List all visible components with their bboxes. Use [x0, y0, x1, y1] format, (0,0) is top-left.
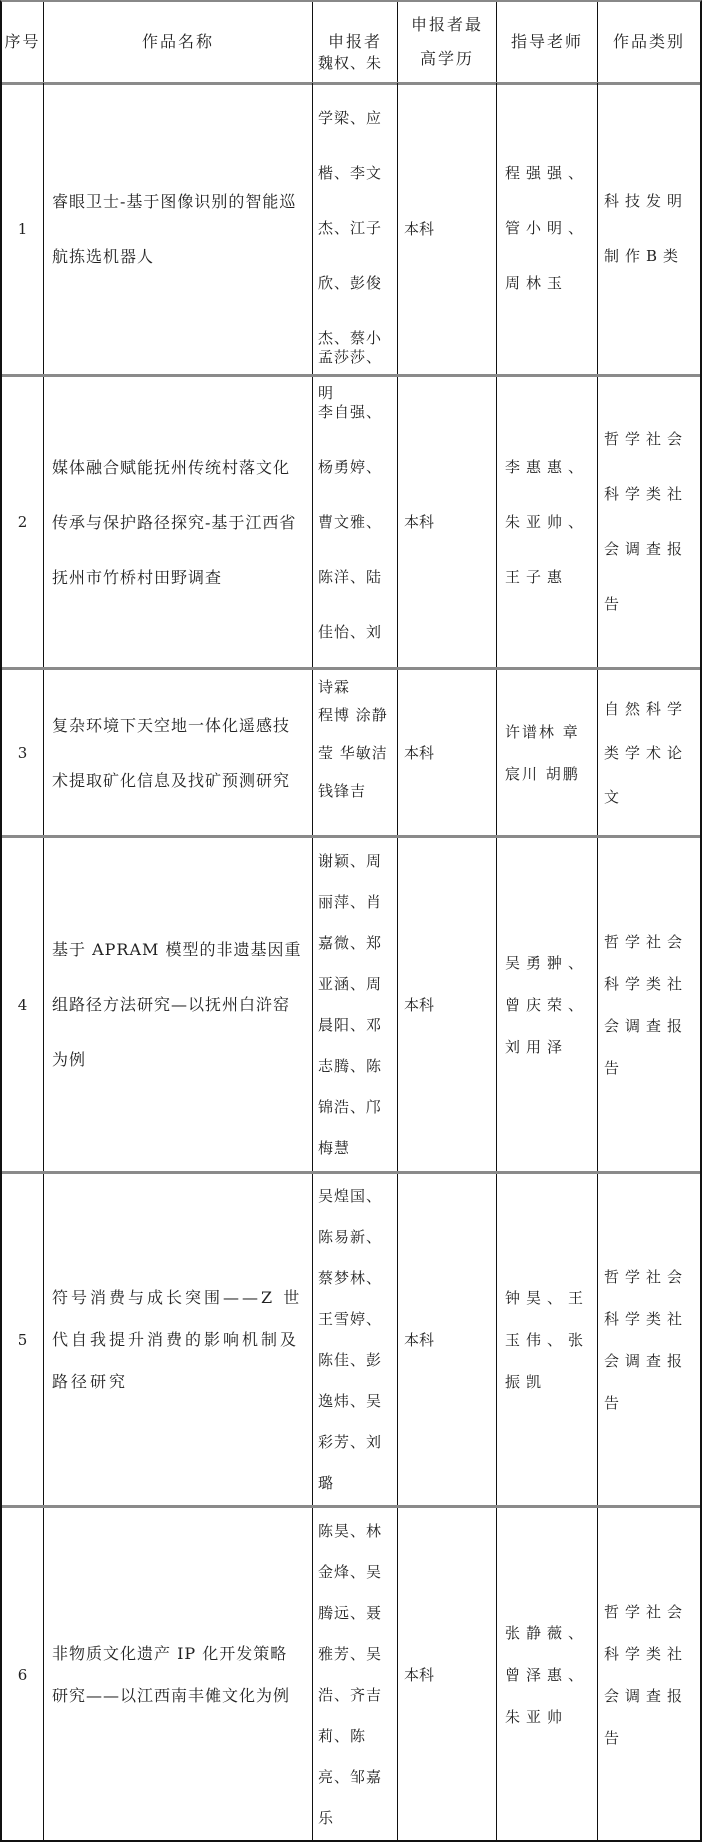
row-degree: 本科: [398, 838, 497, 1171]
row-title: 复杂环境下天空地一体化遥感技术提取矿化信息及找矿预测研究: [44, 670, 313, 835]
header-category: 作品类别: [598, 2, 700, 82]
row-applicants: 陈昊、林金烽、吴腾远、聂雅芳、吴浩、齐吉莉、陈亮、邹嘉乐: [313, 1508, 398, 1842]
row-index: 1: [2, 83, 44, 374]
row-index: 2: [2, 377, 44, 667]
row-category: 哲学社会科学类社会调查报告: [598, 1174, 700, 1505]
row-applicants: 谢颖、周丽萍、肖嘉微、郑亚涵、周晨阳、邓志腾、陈锦浩、邝梅慧: [313, 838, 398, 1171]
table-row: 6 非物质文化遗产 IP 化开发策略研究——以江西南丰傩文化为例 陈昊、林金烽、…: [2, 1508, 700, 1842]
table-row: 5 符号消费与成长突围——Z 世代自我提升消费的影响机制及路径研究 吴煌国、陈易…: [2, 1174, 700, 1508]
row-degree: 本科: [398, 377, 497, 667]
title-text: 复杂环境下天空地一体化遥感技术提取矿化信息及找矿预测研究: [52, 698, 304, 808]
row-applicants: 孟莎莎、李自强、杨勇婷、曹文雅、陈洋、陆佳怡、刘诗霖: [313, 377, 398, 667]
table-row: 4 基于 APRAM 模型的非遗基因重组路径方法研究—以抚州白浒窑为例 谢颖、周…: [2, 838, 700, 1174]
row-index: 4: [2, 838, 44, 1171]
title-text: 基于 APRAM 模型的非遗基因重组路径方法研究—以抚州白浒窑为例: [52, 922, 304, 1087]
header-title: 作品名称: [44, 2, 313, 82]
row-index: 6: [2, 1508, 44, 1842]
row-title: 媒体融合赋能抚州传统村落文化传承与保护路径探究-基于江西省抚州市竹桥村田野调查: [44, 377, 313, 667]
row-advisors: 钟昊、王玉伟、张振凯: [497, 1174, 598, 1505]
table-row: 2 媒体融合赋能抚州传统村落文化传承与保护路径探究-基于江西省抚州市竹桥村田野调…: [2, 377, 700, 670]
row-index: 5: [2, 1174, 44, 1505]
row-title: 睿眼卫士-基于图像识别的智能巡航拣选机器人: [44, 83, 313, 374]
header-degree: 申报者最高学历: [398, 2, 497, 82]
row-category: 哲学社会科学类社会调查报告: [598, 838, 700, 1171]
row-applicants: 吴煌国、陈易新、蔡梦林、王雪婷、陈佳、彭逸炜、吴彩芳、刘璐: [313, 1174, 398, 1505]
row-index: 3: [2, 670, 44, 835]
row-title: 符号消费与成长突围——Z 世代自我提升消费的影响机制及路径研究: [44, 1174, 313, 1505]
row-category: 哲学社会科学类社会调查报告: [598, 377, 700, 667]
title-text: 符号消费与成长突围——Z 世代自我提升消费的影响机制及路径研究: [52, 1277, 304, 1403]
title-text: 媒体融合赋能抚州传统村落文化传承与保护路径探究-基于江西省抚州市竹桥村田野调查: [52, 440, 304, 605]
awards-table: 序号 作品名称 申报者 申报者最高学历 指导老师 作品类别 1 睿眼卫士-基于图…: [0, 0, 702, 1842]
row-advisors: 程强强、管小明、周林玉: [497, 83, 598, 374]
table-row: 3 复杂环境下天空地一体化遥感技术提取矿化信息及找矿预测研究 程博 涂静莹 华敏…: [2, 670, 700, 838]
row-title: 基于 APRAM 模型的非遗基因重组路径方法研究—以抚州白浒窑为例: [44, 838, 313, 1171]
row-advisors: 许谱林 章宸川 胡鹏: [497, 670, 598, 835]
title-text: 非物质文化遗产 IP 化开发策略研究——以江西南丰傩文化为例: [52, 1633, 304, 1717]
row-title: 非物质文化遗产 IP 化开发策略研究——以江西南丰傩文化为例: [44, 1508, 313, 1842]
row-advisors: 李惠惠、朱亚帅、王子惠: [497, 377, 598, 667]
header-index: 序号: [2, 2, 44, 82]
title-text: 睿眼卫士-基于图像识别的智能巡航拣选机器人: [52, 174, 304, 284]
row-advisors: 张静薇、曾泽惠、朱亚帅: [497, 1508, 598, 1842]
row-advisors: 吴勇翀、曾庆荣、刘用泽: [497, 838, 598, 1171]
row-applicants: 程博 涂静莹 华敏洁 钱锋吉: [313, 670, 398, 835]
row-category: 哲学社会科学类社会调查报告: [598, 1508, 700, 1842]
row-degree: 本科: [398, 670, 497, 835]
row-degree: 本科: [398, 1508, 497, 1842]
row-category: 科技发明制作B类: [598, 83, 700, 374]
header-advisors: 指导老师: [497, 2, 598, 82]
row-category: 自然科学类学术论文: [598, 670, 700, 835]
row-degree: 本科: [398, 83, 497, 374]
row-degree: 本科: [398, 1174, 497, 1505]
